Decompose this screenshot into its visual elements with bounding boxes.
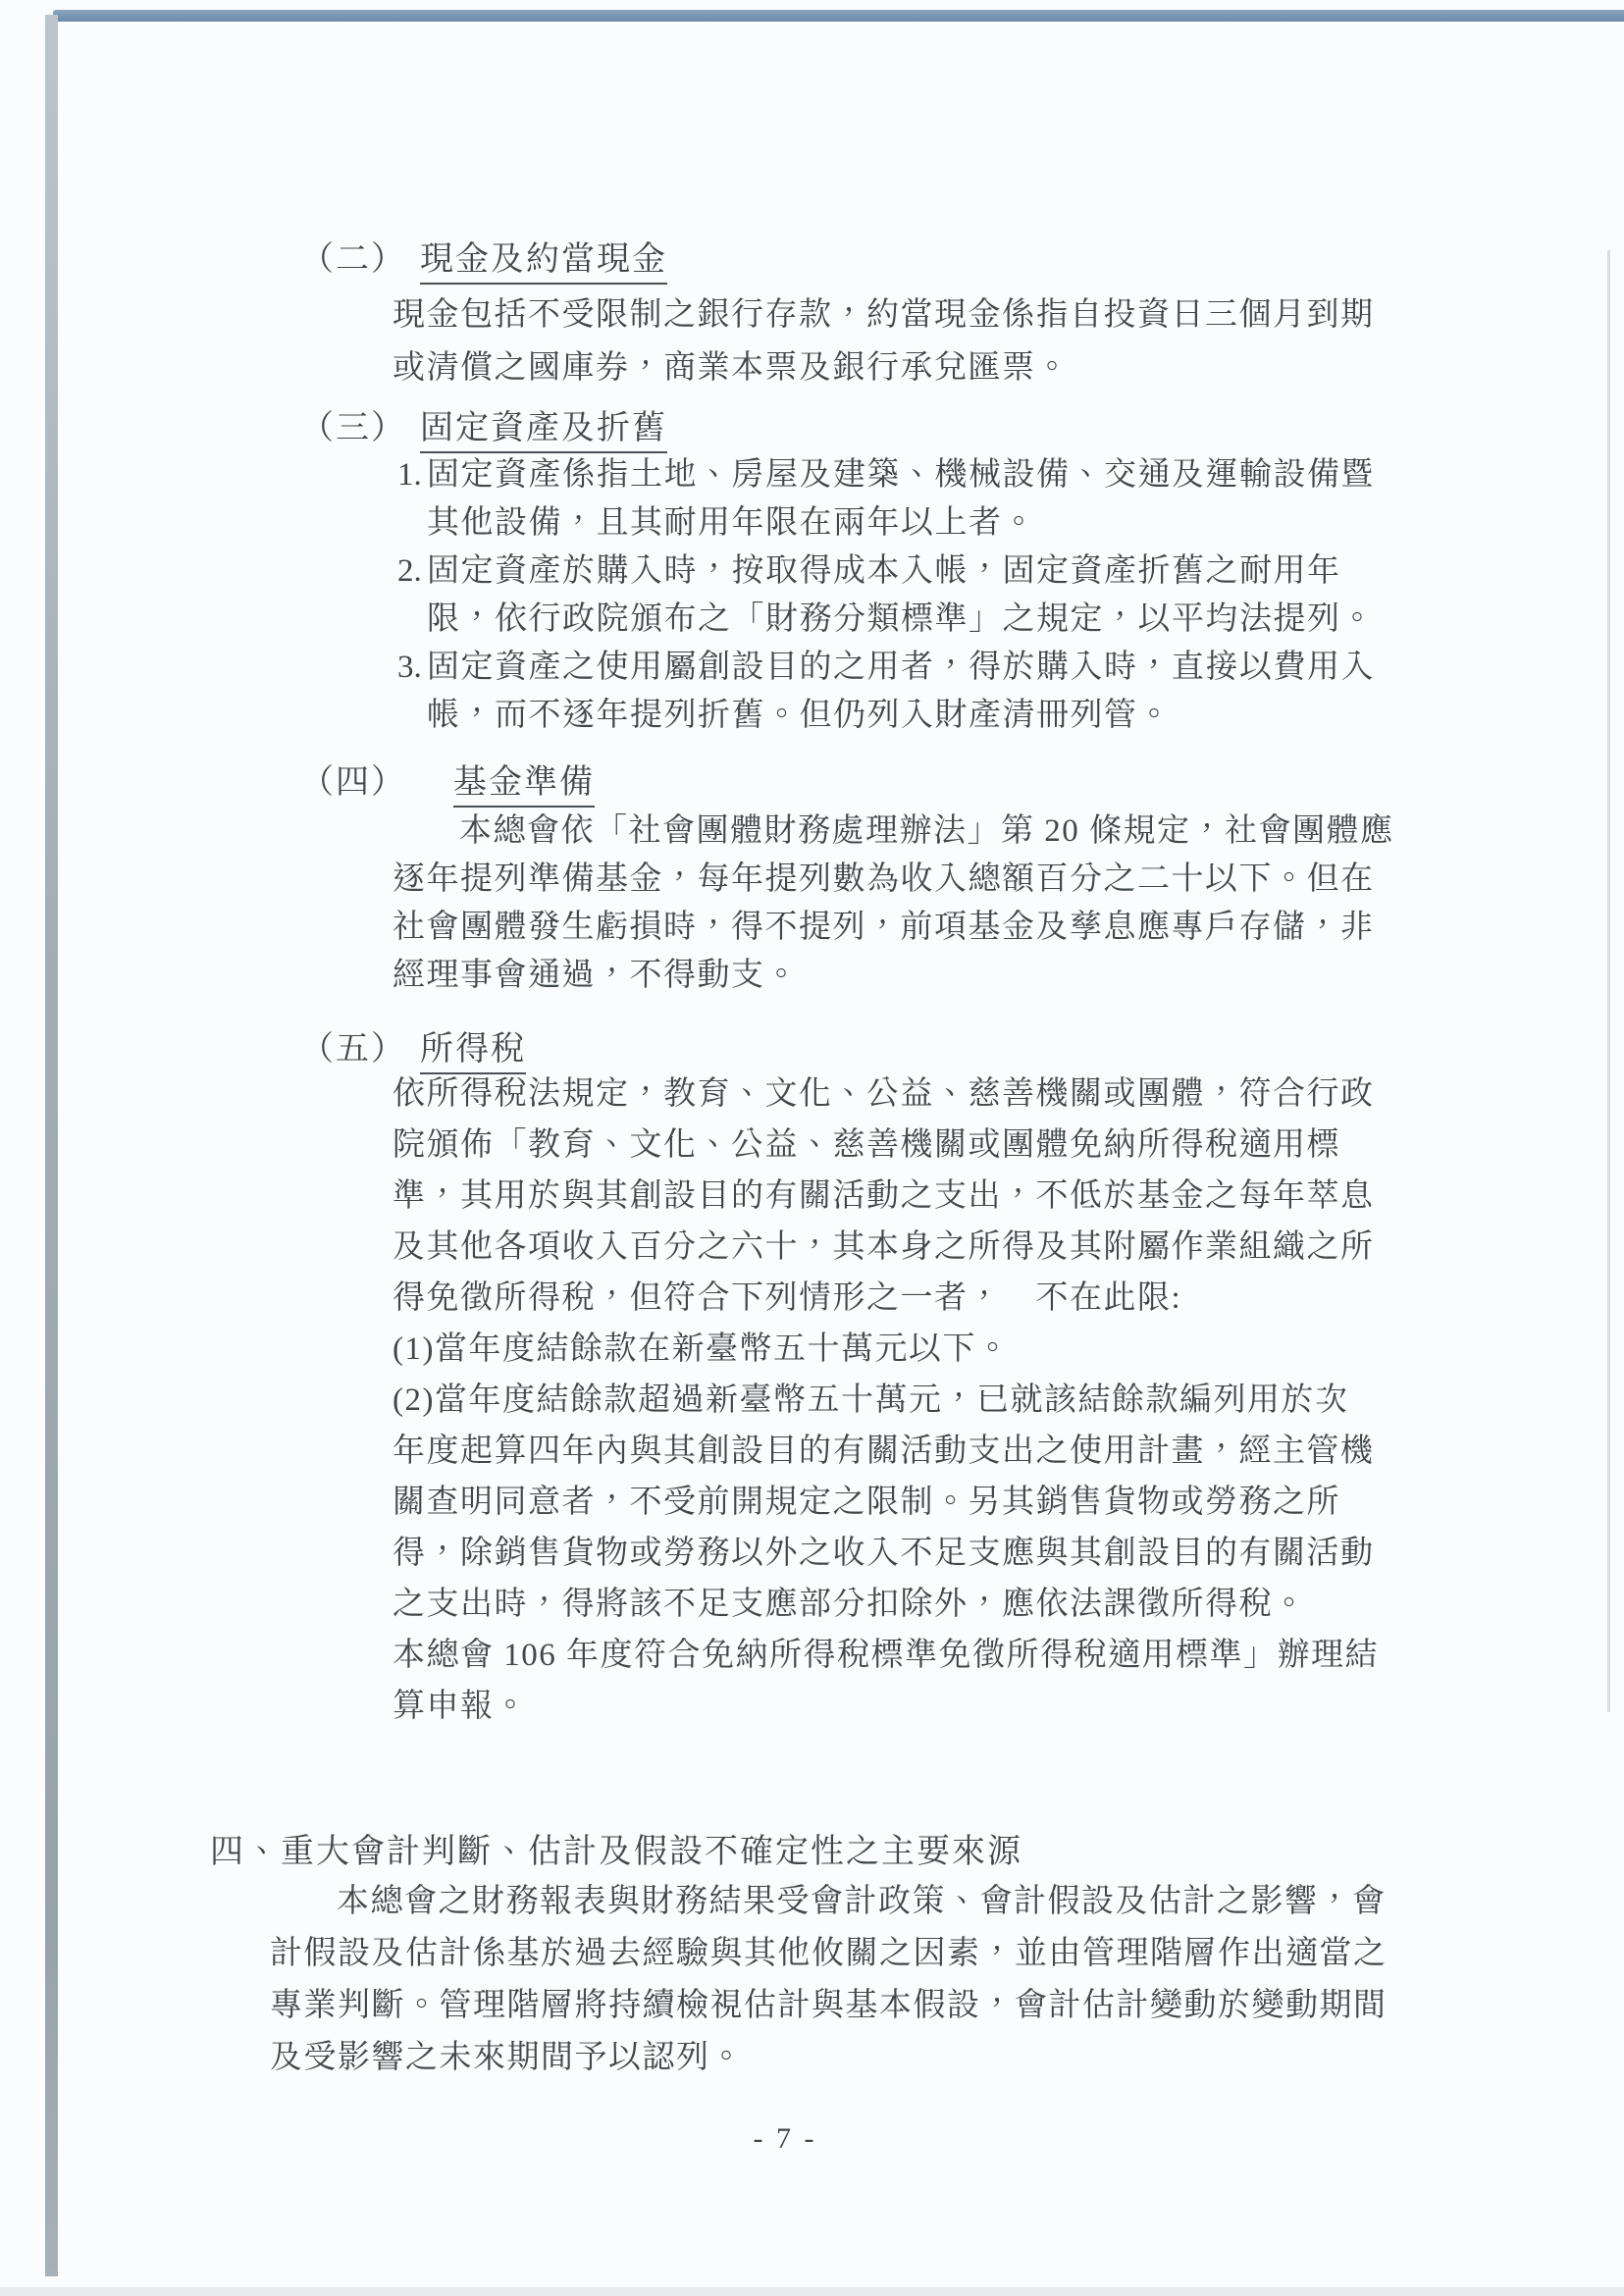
scan-top-edge-line — [53, 10, 1624, 22]
body-line: 得，除銷售貨物或勞務以外之收入不足支應與其創設目的有關活動 — [393, 1528, 1379, 1579]
body-line: 本總會依「社會團體財務處理辦法」第 20 條規定，社會團體應 — [393, 808, 1394, 856]
item-number: 2. — [397, 548, 427, 596]
body-line: 現金包括不受限制之銀行存款，約當現金係指自投資日三個月到期 — [393, 288, 1375, 341]
item-number: 1. — [397, 451, 427, 499]
body-line: 準，其用於與其創設目的有關活動之支出，不低於基金之每年萃息 — [393, 1171, 1379, 1222]
section-heading: 固定資產及折舊 — [420, 410, 667, 453]
item-line: 限，依行政院頒布之「財務分類標準」之規定，以平均法提列。 — [397, 596, 1375, 644]
body-line: 得免徵所得稅，但符合下列情形之一者， 不在此限: — [393, 1273, 1379, 1324]
section-fixed-assets-items: 1.固定資產係指土地、房屋及建築、機械設備、交通及運輸設備暨 其他設備，且其耐用… — [397, 451, 1375, 740]
body-line: 依所得稅法規定，教育、文化、公益、慈善機關或團體，符合行政 — [393, 1069, 1379, 1120]
section-heading: 基金準備 — [453, 764, 595, 808]
body-line: 本總會之財務報表與財務結果受會計政策、會計假設及估計之影響，會 — [270, 1876, 1388, 1928]
section-label: （四） — [300, 764, 406, 801]
body-line: 院頒佈「教育、文化、公益、慈善機關或團體免納所得稅適用標 — [393, 1120, 1379, 1171]
section-major-title: 重大會計判斷、估計及假設不確定性之主要來源 — [281, 1834, 1022, 1870]
body-line: 逐年提列準備基金，每年提列數為收入總額百分之二十以下。但在 — [393, 856, 1394, 904]
body-line: 本總會 106 年度符合免納所得稅標準免徵所得稅適用標準」辦理結 — [393, 1630, 1379, 1681]
body-line: 算申報。 — [393, 1681, 1379, 1732]
page-number: - 7 - — [201, 2122, 1369, 2156]
item-number: 3. — [397, 644, 427, 692]
section-major-body: 本總會之財務報表與財務結果受會計政策、會計假設及估計之影響，會 計假設及估計係基… — [270, 1876, 1388, 2084]
body-line: 社會團體發生虧損時，得不提列，前項基金及孳息應專戶存儲，非 — [393, 904, 1394, 952]
body-line: 及受影響之未來期間予以認列。 — [270, 2032, 1388, 2084]
section-fund-reserve-body: 本總會依「社會團體財務處理辦法」第 20 條規定，社會團體應 逐年提列準備基金，… — [393, 808, 1394, 1000]
section-label: （三） — [300, 410, 406, 446]
item-line: 帳，而不逐年提列折舊。但仍列入財產清冊列管。 — [397, 692, 1375, 740]
section-income-tax-heading-row: （五）所得稅 — [300, 1021, 526, 1070]
section-major-label: 四、 — [210, 1834, 281, 1870]
body-line: (2)當年度結餘款超過新臺幣五十萬元，已就該結餘款編列用於次 — [393, 1375, 1379, 1426]
item-text: 固定資產於購入時，按取得成本入帳，固定資產折舊之耐用年 — [427, 553, 1341, 589]
section-cash-body: 現金包括不受限制之銀行存款，約當現金係指自投資日三個月到期 或清償之國庫券，商業… — [393, 288, 1375, 394]
body-line: 經理事會通過，不得動支。 — [393, 952, 1394, 1000]
section-income-tax-body: 依所得稅法規定，教育、文化、公益、慈善機關或團體，符合行政 院頒佈「教育、文化、… — [393, 1069, 1379, 1732]
section-cash-heading-row: （二）現金及約當現金 — [300, 232, 667, 280]
item-line: 3.固定資產之使用屬創設目的之用者，得於購入時，直接以費用入 — [397, 644, 1375, 692]
scan-left-edge-line — [45, 15, 58, 2276]
document-page: （二）現金及約當現金 現金包括不受限制之銀行存款，約當現金係指自投資日三個月到期… — [0, 0, 1624, 2296]
body-line: 年度起算四年內與其創設目的有關活動支出之使用計畫，經主管機 — [393, 1426, 1379, 1477]
item-text: 固定資產係指土地、房屋及建築、機械設備、交通及運輸設備暨 — [427, 457, 1375, 493]
section-label: （二） — [300, 241, 406, 278]
body-line: 專業判斷。管理階層將持續檢視估計與基本假設，會計估計變動於變動期間 — [270, 1980, 1388, 2032]
scan-bottom-edge — [0, 2287, 1624, 2296]
item-line: 2.固定資產於購入時，按取得成本入帳，固定資產折舊之耐用年 — [397, 548, 1375, 596]
scan-right-edge-shadow — [1607, 250, 1610, 1712]
body-line: 計假設及估計係基於過去經驗與其他攸關之因素，並由管理階層作出適當之 — [270, 1928, 1388, 1980]
item-text: 固定資產之使用屬創設目的之用者，得於購入時，直接以費用入 — [427, 650, 1375, 685]
item-line: 其他設備，且其耐用年限在兩年以上者。 — [397, 499, 1375, 548]
item-line: 1.固定資產係指土地、房屋及建築、機械設備、交通及運輸設備暨 — [397, 451, 1375, 499]
body-line: 之支出時，得將該不足支應部分扣除外，應依法課徵所得稅。 — [393, 1579, 1379, 1630]
body-line: (1)當年度結餘款在新臺幣五十萬元以下。 — [393, 1324, 1379, 1375]
section-label: （五） — [300, 1031, 406, 1068]
body-line: 關查明同意者，不受前開規定之限制。另其銷售貨物或勞務之所 — [393, 1477, 1379, 1528]
body-line: 及其他各項收入百分之六十，其本身之所得及其附屬作業組織之所 — [393, 1222, 1379, 1273]
body-line: 或清償之國庫券，商業本票及銀行承兌匯票。 — [393, 341, 1375, 394]
section-fund-reserve-heading-row: （四）基金準備 — [300, 755, 595, 803]
section-heading: 現金及約當現金 — [420, 241, 667, 285]
section-fixed-assets-heading-row: （三）固定資產及折舊 — [300, 400, 667, 448]
section-major-title-row: 四、重大會計判斷、估計及假設不確定性之主要來源 — [210, 1824, 1022, 1872]
